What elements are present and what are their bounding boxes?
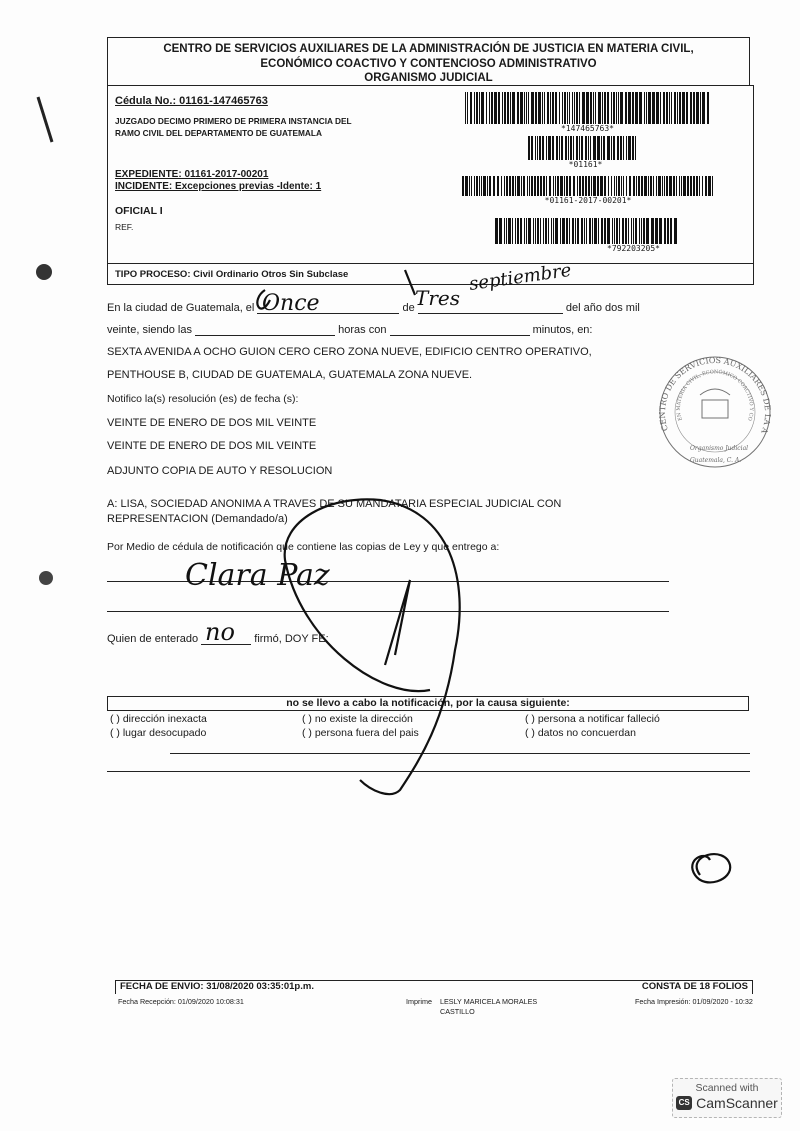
watermark-brand: CamScanner [696, 1095, 778, 1111]
footer-send-box: FECHA DE ENVIO: 31/08/2020 03:35:01p.m. … [115, 980, 753, 994]
horas-label: horas con [338, 324, 386, 336]
barcode-bars [528, 136, 643, 160]
cedula-number: Cédula No.: 01161-147465763 [115, 95, 268, 107]
tipo-proceso: TIPO PROCESO: Civil Ordinario Otros Sin … [115, 269, 348, 280]
court-name-line-2: RAMO CIVIL DEL DEPARTAMENTO DE GUATEMALA [115, 127, 352, 139]
month-field[interactable] [418, 301, 563, 314]
handwriting: Once Tres septiembre Clara Paz no [185, 260, 573, 646]
barcode-ref: *792203205* [495, 218, 680, 253]
causa-option[interactable]: ( ) persona fuera del pais [302, 727, 419, 739]
signature-loop-icon [257, 270, 730, 882]
svg-text:Organismo Judicial: Organismo Judicial [690, 445, 748, 452]
header-line-3: ORGANISMO JUDICIAL [108, 71, 749, 86]
receiver-line-2[interactable] [107, 611, 669, 612]
firma-line: Quien de enterado firmó, DOY FE: [107, 632, 329, 645]
consta-folios: CONSTA DE 18 FOLIOS [642, 981, 748, 992]
barcode-label: *147465763* [465, 124, 710, 133]
address-line-2: PENTHOUSE B, CIUDAD DE GUATEMALA, GUATEM… [107, 369, 472, 381]
fecha-envio: FECHA DE ENVIO: 31/08/2020 03:35:01p.m. [120, 981, 314, 992]
quien-label: Quien de enterado [107, 633, 198, 645]
causa-option[interactable]: ( ) no existe la dirección [302, 713, 413, 725]
recipient-line-2: REPRESENTACION (Demandado/a) [107, 512, 561, 527]
expediente-number: EXPEDIENTE: 01161-2017-00201 [115, 169, 321, 181]
fecha-recepcion: Fecha Recepción: 01/09/2020 10:08:31 [118, 997, 244, 1006]
recipient: A: LISA, SOCIEDAD ANONIMA A TRAVES DE SU… [107, 497, 561, 527]
barcode-cedula: *147465763* [465, 92, 710, 133]
incidente: INCIDENTE: Excepciones previas -Idente: … [115, 181, 321, 193]
barcode-label: *01161-2017-00201* [462, 196, 714, 205]
causa-line-2[interactable] [107, 771, 750, 772]
receiver-line-1[interactable] [107, 581, 669, 582]
por-medio-label: Por Medio de cédula de notificación que … [107, 541, 499, 553]
causa-line-1[interactable] [170, 753, 750, 754]
causa-option[interactable]: ( ) dirección inexacta [110, 713, 207, 725]
minutos-label: minutos, en: [533, 324, 593, 336]
resolution-date-2: VEINTE DE ENERO DE DOS MIL VEINTE [107, 440, 316, 452]
barcode-expediente: *01161-2017-00201* [462, 176, 714, 205]
city-date-line: En la ciudad de Guatemala, el de del año… [107, 301, 640, 314]
address-line-1: SEXTA AVENIDA A OCHO GUION CERO CERO ZON… [107, 346, 592, 358]
barcode-label: *792203205* [495, 244, 680, 253]
adjunto-label: ADJUNTO COPIA DE AUTO Y RESOLUCION [107, 465, 332, 477]
handwritten-receiver: Clara Paz [185, 558, 330, 593]
day-field[interactable] [257, 301, 399, 314]
causa-header: no se llevo a cabo la notificación, por … [107, 696, 749, 711]
oficial-label: OFICIAL I [115, 205, 163, 217]
causa-option[interactable]: ( ) persona a notificar falleció [525, 713, 660, 725]
ref-label: REF. [115, 222, 133, 232]
fecha-impresion: Fecha Impresión: 01/09/2020 - 10:32 [635, 997, 753, 1006]
notifico-label: Notifico la(s) resolución (es) de fecha … [107, 393, 298, 405]
header-line-2: ECONÓMICO COACTIVO Y CONTENCIOSO ADMINIS… [108, 57, 749, 72]
header-line-1: CENTRO DE SERVICIOS AUXILIARES DE LA ADM… [108, 42, 749, 57]
court-name: JUZGADO DECIMO PRIMERO DE PRIMERA INSTAN… [115, 115, 352, 139]
minutes-field[interactable] [390, 323, 530, 336]
case-ids: EXPEDIENTE: 01161-2017-00201 INCIDENTE: … [115, 169, 321, 193]
doy-fe-label: firmó, DOY FE: [254, 633, 328, 645]
resolution-date-1: VEINTE DE ENERO DE DOS MIL VEINTE [107, 417, 316, 429]
year-label: del año dos mil [566, 302, 640, 314]
court-name-line-1: JUZGADO DECIMO PRIMERO DE PRIMERA INSTAN… [115, 115, 352, 127]
hours-field[interactable] [195, 323, 335, 336]
punch-holes [36, 97, 53, 585]
camscanner-logo-icon: CS [676, 1096, 692, 1110]
barcode-label: *01161* [528, 160, 643, 169]
imprime-name: LESLY MARICELA MORALES CASTILLO [440, 997, 537, 1017]
de-label: de [403, 302, 415, 314]
barcode-bars [465, 92, 710, 124]
coat-of-arms-icon [702, 400, 728, 418]
time-line: veinte, siendo las horas con minutos, en… [107, 323, 592, 336]
imprime-label: Imprime [406, 997, 432, 1006]
firma-field[interactable] [201, 632, 251, 645]
camscanner-watermark: Scanned with CS CamScanner [672, 1078, 782, 1118]
svg-text:Guatemala, C. A.: Guatemala, C. A. [690, 457, 741, 464]
barcode-bars [495, 218, 680, 244]
header-box: CENTRO DE SERVICIOS AUXILIARES DE LA ADM… [107, 37, 750, 85]
siendo-label: veinte, siendo las [107, 324, 192, 336]
causa-option[interactable]: ( ) datos no concuerdan [525, 727, 636, 739]
ciudad-prefix: En la ciudad de Guatemala, el [107, 302, 254, 314]
watermark-top-text: Scanned with [673, 1082, 781, 1094]
barcode-juzgado: *01161* [528, 136, 643, 169]
causa-option[interactable]: ( ) lugar desocupado [110, 727, 206, 739]
divider [107, 263, 754, 264]
barcode-bars [462, 176, 714, 196]
recipient-line-1: A: LISA, SOCIEDAD ANONIMA A TRAVES DE SU… [107, 497, 561, 512]
